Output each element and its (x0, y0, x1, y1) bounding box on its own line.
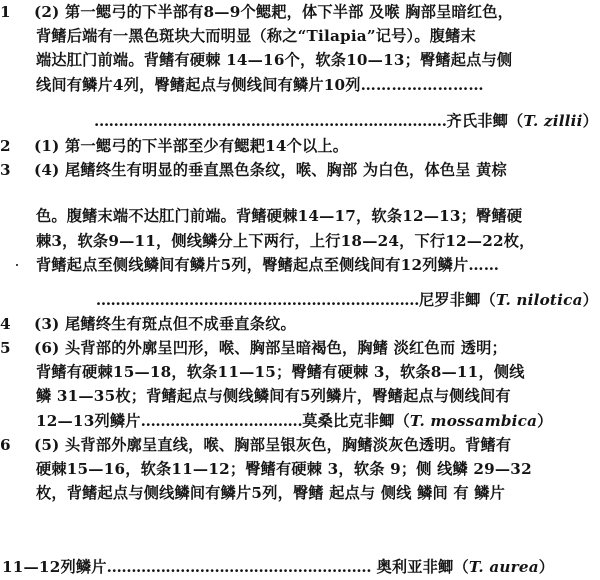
entry-6-line-1: 6(5) 头背部外廓呈直线，喉、胸部呈银灰色，胸鳍淡灰色透明。背鳍有 (0, 433, 600, 457)
entry-3-line-3: 棘3，软条9—11，侧线鳞分上下两行，上行18—24，下行12—22枚， (36, 229, 598, 253)
leader-dots: ……………………………………………………………… (94, 112, 447, 130)
species-name-cn: 奥利亚非鲫 (377, 558, 454, 576)
entry-3-result: …………………………………………………………尼罗非鲫（T. nilotica） (36, 288, 598, 312)
entry-3-line-4: 背鳍起点至侧线鳞间有鳞片5列，臀鳍起点至侧线间有12列鳞片…… (36, 253, 598, 277)
entry-number: 5 (0, 336, 34, 360)
entry-ref: (5) (34, 436, 60, 454)
entry-1-result: ………………………………………………………………齐氏非鲫（T. zillii） (36, 109, 598, 133)
species-name-cn: 莫桑比克非鲫 (302, 412, 394, 430)
entry-1-line-2: 背鳍后端有一黑色斑块大而明显（称之“Tilapia”记号）。腹鳍末 (36, 24, 598, 48)
species-name-latin: T. nilotica (496, 291, 583, 309)
entry-ref: (6) (34, 339, 60, 357)
entry-number: 1 (0, 0, 34, 24)
species-name-cn: 尼罗非鲫 (419, 291, 481, 309)
entry-5-line-2: 背鳍有硬棘15—18，软条11—15；臀鳍有硬棘 3，软条8—11，侧线 (36, 360, 598, 384)
leader-dots: ………………………………………………………… (96, 291, 419, 309)
species-name-cn: 齐氏非鲫 (446, 112, 508, 130)
entry-ref: (1) (34, 137, 60, 155)
species-name-latin: T. aurea (469, 558, 539, 576)
entry-number: 4 (0, 312, 34, 336)
entry-1-line-4: 线间有鳞片4列，臀鳍起点与侧线间有鳞片10列…………………… (36, 73, 598, 97)
leader-dots: ……………………………………………… (107, 558, 371, 576)
entry-1-line-3: 端达肛门前端。背鳍有硬棘 14—16个，软条10—13；臀鳍起点与侧 (36, 48, 598, 72)
entry-2-line-1: 2(1) 第一鳃弓的下半部至少有鳃耙14个以上。 (0, 134, 600, 158)
entry-6-line-3: 枚，背鳍起点与侧线鳞间有鳞片5列，臀鳍 起点与 侧线 鳞间 有 鳞片 (36, 481, 598, 505)
species-name-latin: T. zillii (523, 112, 582, 130)
entry-ref: (2) (34, 3, 60, 21)
entry-1-line-1: 1(2) 第一鳃弓的下半部有8—9个鳃耙，体下半部 及喉 胸部呈暗红色， (0, 0, 600, 24)
entry-ref: (3) (34, 315, 60, 333)
entry-number: 6 (0, 433, 34, 457)
entry-ref: (4) (34, 161, 60, 179)
entry-5-line-4: 12—13列鳞片……………………………莫桑比克非鲫（T. mossambica） (36, 409, 598, 433)
species-name-latin: T. mossambica (410, 412, 537, 430)
leader-dots: …………………………… (141, 412, 303, 430)
entry-4-line-1: 4(3) 尾鳍终生有斑点但不成垂直条纹。 (0, 312, 600, 336)
entry-5-line-1: 5(6) 头背部的外廓呈凹形，喉、胸部呈暗褐色，胸鳍 淡红色而 透明； (0, 336, 600, 360)
entry-6-line-2: 硬棘15—16，软条11—12；臀鳍有硬棘 3，软条 9；侧 线鳞 29—32 (36, 457, 598, 481)
document-page: 1(2) 第一鳃弓的下半部有8—9个鳃耙，体下半部 及喉 胸部呈暗红色， 背鳍后… (0, 0, 600, 580)
entry-3-line-1: 3(4) 尾鳍终生有明显的垂直黑色条纹，喉、胸部 为白色，体色呈 黄棕 (0, 158, 600, 182)
scan-speck (16, 264, 18, 266)
entry-3-line-2: 色。腹鳍末端不达肛门前端。背鳍硬棘14—17，软条12—13；臀鳍硬 (36, 204, 598, 228)
entry-5-line-3: 鳞 31—35枚；背鳍起点与侧线鳞间有5列鳞片，臀鳍起点与侧线间有 (36, 384, 598, 408)
entry-number: 2 (0, 134, 34, 158)
entry-number: 3 (0, 158, 34, 182)
entry-6-line-4: 11—12列鳞片……………………………………………… 奥利亚非鲫（T. aure… (2, 555, 600, 579)
